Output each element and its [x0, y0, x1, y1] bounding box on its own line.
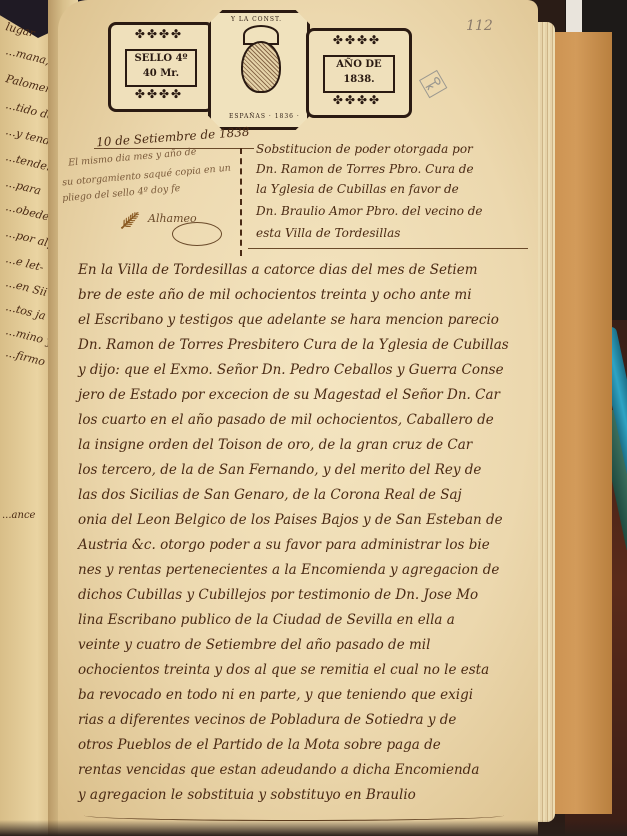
body-line: ochocientos treinta y dos al que se remi… — [78, 662, 489, 678]
stamp-right-panel: ✤✤✤✤ AÑO DE 1838. ✤✤✤✤ — [306, 28, 412, 118]
body-line: jero de Estado por excecion de su Magest… — [78, 387, 500, 403]
body-line: Dn. Ramon de Torres Presbitero Cura de l… — [78, 337, 509, 353]
facing-line: ...firmo — [4, 346, 46, 368]
body-line: los tercero, de la de San Fernando, y de… — [78, 462, 481, 478]
stamp-left-panel: ✤✤✤✤ SELLO 4º 40 Mr. ✤✤✤✤ — [108, 22, 214, 112]
body-line: onia del Leon Belgico de los Paises Bajo… — [78, 512, 503, 528]
body-line: y dijo: que el Exmo. Señor Dn. Pedro Ceb… — [78, 362, 504, 378]
title-line: Sobstitucion de poder otorgada por — [256, 142, 473, 156]
body-line: Austria &c. otorgo poder a su favor para… — [78, 537, 490, 553]
body-line: rias a diferentes vecinos de Pobladura d… — [78, 712, 456, 728]
body-line: bre de este año de mil ochocientos trein… — [78, 287, 472, 303]
body-line: En la Villa de Tordesillas a catorce dia… — [78, 262, 478, 278]
body-line: la insigne orden del Toison de oro, de l… — [78, 437, 472, 453]
stamp-ornament: ✤✤✤✤ — [115, 27, 203, 41]
facing-line: ...mana, — [4, 44, 50, 67]
title-line: Dn. Ramon de Torres Pbro. Cura de — [256, 162, 474, 176]
body-line: otros Pueblos de el Partido de la Mota s… — [78, 737, 441, 753]
body-line: y agregacion le sobstituia y sobstituyo … — [78, 787, 416, 803]
stamp-rim-text: Y LA CONST. — [231, 16, 282, 23]
body-line: el Escribano y testigos que adelante se … — [78, 312, 499, 328]
rubric-flourish — [172, 222, 222, 246]
body-line: los cuarto en el año pasado de mil ochoc… — [78, 412, 494, 428]
stamp-ornament: ✤✤✤✤ — [313, 93, 401, 107]
body-line: veinte y cuatro de Setiembre del año pas… — [78, 637, 430, 653]
facing-line: ...en Sii — [4, 276, 48, 299]
stamp-ornament: ✤✤✤✤ — [115, 87, 203, 101]
stamp-ornament: ✤✤✤✤ — [313, 33, 401, 47]
body-line: las dos Sicilias de San Genaro, de la Co… — [78, 487, 462, 503]
facing-line: ...tos ja — [4, 300, 47, 322]
facing-line: ...para — [4, 176, 42, 197]
body-line: ba revocado en todo ni en parte, y que t… — [78, 687, 473, 703]
facing-line: ...e let- — [4, 252, 45, 274]
margin-divider — [240, 148, 245, 256]
body-line: rentas vencidas que estan adeudando a di… — [78, 762, 479, 778]
bottom-shadow — [0, 820, 627, 836]
stamp-rim-text: ESPAÑAS · 1836 · — [229, 113, 300, 120]
shield-icon — [241, 41, 281, 93]
stamp-coat-of-arms: Y LA CONST. ESPAÑAS · 1836 · — [208, 10, 310, 130]
title-underline — [248, 248, 528, 249]
body-line: dichos Cubillas y Cubillejos por testimo… — [78, 587, 478, 603]
title-line: la Yglesia de Cubillas en favor de — [256, 182, 459, 196]
body-line: nes y rentas pertenecientes a la Encomie… — [78, 562, 499, 578]
folio-number: 112 — [466, 18, 493, 34]
facing-line: ...mino y — [4, 324, 54, 348]
facing-signature: ...ance — [2, 510, 35, 521]
tax-stamp: ✤✤✤✤ SELLO 4º 40 Mr. ✤✤✤✤ Y LA CONST. ES… — [108, 10, 413, 128]
title-line: esta Villa de Tordesillas — [256, 226, 400, 240]
body-line: lina Escribano publico de la Ciudad de S… — [78, 612, 455, 628]
stamp-value-label: SELLO 4º 40 Mr. — [125, 49, 197, 87]
stamp-year-label: AÑO DE 1838. — [323, 55, 395, 93]
title-line: Dn. Braulio Amor Pbro. del vecino de — [256, 204, 483, 218]
